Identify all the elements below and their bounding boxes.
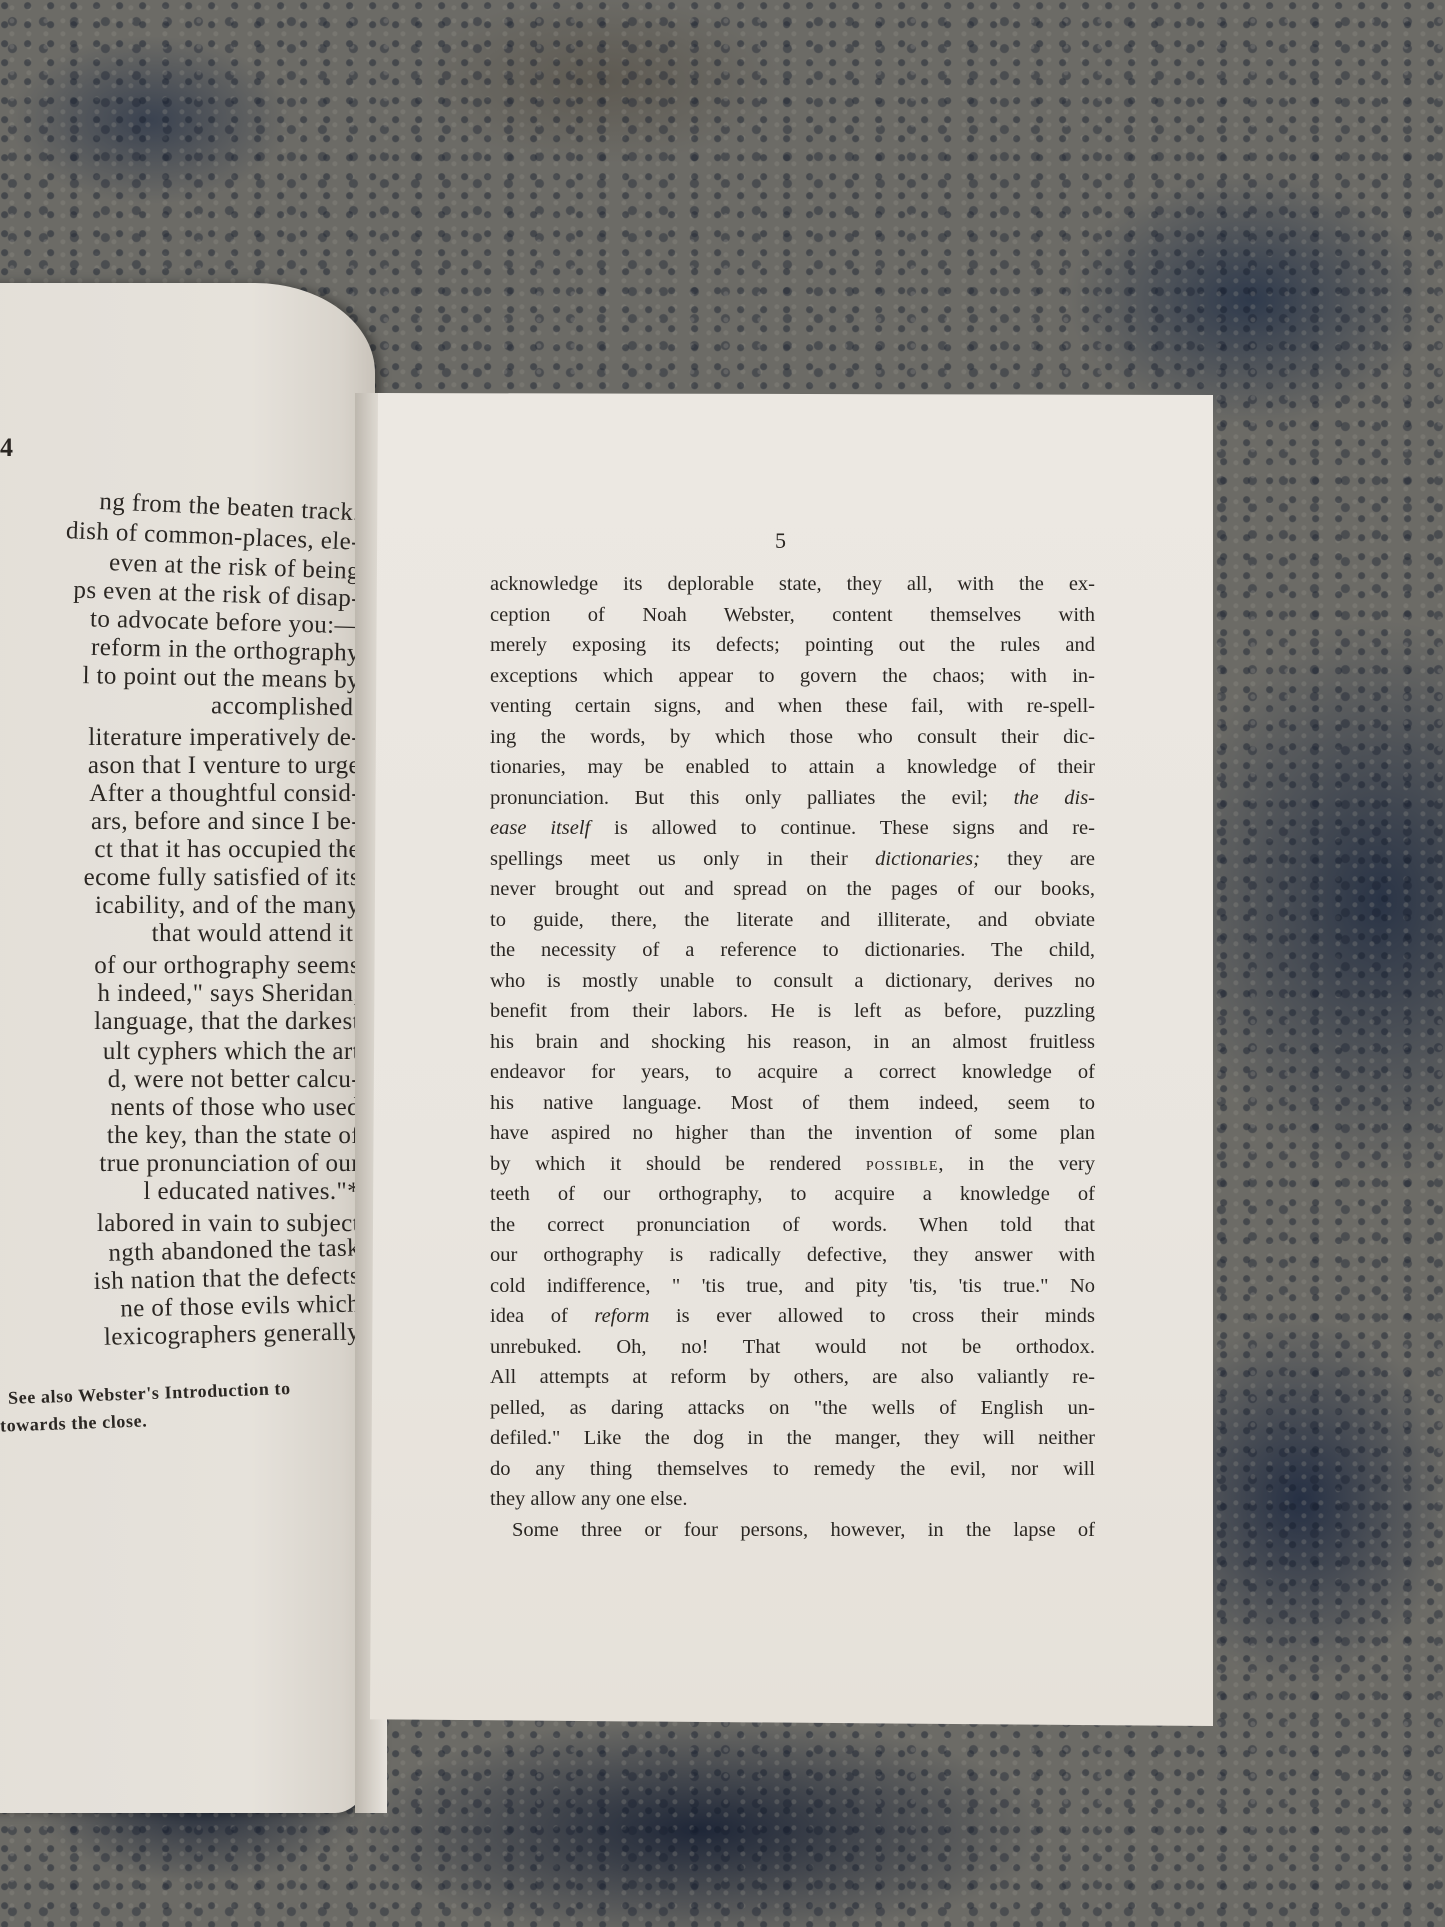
line-text: idea of xyxy=(490,1305,594,1327)
right-page-number: 5 xyxy=(775,528,786,554)
text-line: pelled, as daring attacks on "the wells … xyxy=(490,1393,1095,1424)
left-page-line: h indeed," says Sheridan, xyxy=(20,980,360,1008)
left-page-line: l educated natives."* xyxy=(20,1178,360,1206)
line-text: defiled." Like the dog in the manger, th… xyxy=(490,1427,1095,1449)
italic-text: dictionaries; xyxy=(875,848,980,870)
left-page-line: ct that it has occupied the xyxy=(20,836,360,864)
line-text: endeavor for years, to acquire a correct… xyxy=(490,1061,1095,1083)
text-line: All attempts at reform by others, are al… xyxy=(490,1362,1095,1393)
line-text: who is mostly unable to consult a dictio… xyxy=(490,970,1095,992)
smallcaps-text: possible xyxy=(866,1153,939,1175)
left-page-line: ason that I venture to urge xyxy=(20,752,360,780)
text-line: have aspired no higher than the inventio… xyxy=(490,1118,1095,1149)
line-text: ing the words, by which those who consul… xyxy=(490,726,1095,748)
text-line: exceptions which appear to govern the ch… xyxy=(490,661,1095,692)
text-line: ease itself is allowed to continue. Thes… xyxy=(490,813,1095,844)
line-text: never brought out and spread on the page… xyxy=(490,878,1095,900)
line-text: tionaries, may be enabled to attain a kn… xyxy=(490,756,1095,778)
text-line: never brought out and spread on the page… xyxy=(490,874,1095,905)
footnote-line: See also Webster's Introduction to xyxy=(8,1378,291,1409)
left-page-line: the key, than the state of xyxy=(20,1122,360,1150)
left-page-line: that would attend it. xyxy=(20,920,360,948)
text-line: Some three or four persons, however, in … xyxy=(490,1515,1095,1546)
text-line: to guide, there, the literate and illite… xyxy=(490,905,1095,936)
left-page-line: literature imperatively de- xyxy=(20,724,360,752)
line-text: pelled, as daring attacks on "the wells … xyxy=(490,1397,1095,1419)
text-line: idea of reform is ever allowed to cross … xyxy=(490,1301,1095,1332)
left-page-line: nents of those who used xyxy=(20,1094,360,1122)
left-page-number: 4 xyxy=(0,433,13,463)
left-page-line: After a thoughtful consid- xyxy=(20,780,360,808)
line-text: ception of Noah Webster, content themsel… xyxy=(490,604,1095,626)
italic-text: reform xyxy=(594,1305,649,1327)
text-line: the correct pronunciation of words. When… xyxy=(490,1210,1095,1241)
line-text: teeth of our orthography, to acquire a k… xyxy=(490,1183,1095,1205)
left-page-line: ult cyphers which the art xyxy=(20,1038,360,1066)
line-text: is allowed to continue. These signs and … xyxy=(590,817,1095,839)
text-line: our orthography is radically defective, … xyxy=(490,1240,1095,1271)
line-text: venting certain signs, and when these fa… xyxy=(490,695,1095,717)
line-text: the correct pronunciation of words. When… xyxy=(490,1214,1095,1236)
left-page-line: true pronunciation of our xyxy=(20,1150,360,1178)
line-text: his brain and shocking his reason, in an… xyxy=(490,1031,1095,1053)
text-line: they allow any one else. xyxy=(490,1484,1095,1515)
text-line: unrebuked. Oh, no! That would not be ort… xyxy=(490,1332,1095,1363)
text-line: ing the words, by which those who consul… xyxy=(490,722,1095,753)
line-text: spellings meet us only in their xyxy=(490,848,875,870)
text-line: benefit from their labors. He is left as… xyxy=(490,996,1095,1027)
left-page-line: labored in vain to subject xyxy=(20,1210,360,1238)
text-line: ception of Noah Webster, content themsel… xyxy=(490,600,1095,631)
line-text: they are xyxy=(980,848,1095,870)
line-text: acknowledge its deplorable state, they a… xyxy=(490,573,1095,595)
italic-text: ease itself xyxy=(490,817,590,839)
line-text: do any thing themselves to remedy the ev… xyxy=(490,1458,1095,1480)
left-page-line: language, that the darkest xyxy=(20,1008,360,1036)
text-line: endeavor for years, to acquire a correct… xyxy=(490,1057,1095,1088)
line-text: benefit from their labors. He is left as… xyxy=(490,1000,1095,1022)
left-page-line: ars, before and since I be- xyxy=(20,808,360,836)
text-line: tionaries, may be enabled to attain a kn… xyxy=(490,752,1095,783)
left-page-line: icability, and of the many xyxy=(20,892,360,920)
line-text: the necessity of a reference to dictiona… xyxy=(490,939,1095,961)
left-page-line: ecome fully satisfied of its xyxy=(20,864,360,892)
line-text: unrebuked. Oh, no! That would not be ort… xyxy=(490,1336,1095,1358)
text-line: teeth of our orthography, to acquire a k… xyxy=(490,1179,1095,1210)
text-line: cold indifference, " 'tis true, and pity… xyxy=(490,1271,1095,1302)
line-text: All attempts at reform by others, are al… xyxy=(490,1366,1095,1388)
text-line: his brain and shocking his reason, in an… xyxy=(490,1027,1095,1058)
text-line: by which it should be rendered possible,… xyxy=(490,1149,1095,1180)
line-text: pronunciation. But this only palliates t… xyxy=(490,787,1014,809)
line-text: , in the very xyxy=(938,1153,1095,1175)
left-page-line: of our orthography seems xyxy=(20,952,360,980)
footnote-line: towards the close. xyxy=(0,1410,148,1436)
text-line: merely exposing its defects; pointing ou… xyxy=(490,630,1095,661)
line-text: by which it should be rendered xyxy=(490,1153,866,1175)
line-text: merely exposing its defects; pointing ou… xyxy=(490,634,1095,656)
line-text: to guide, there, the literate and illite… xyxy=(490,909,1095,931)
line-text: his native language. Most of them indeed… xyxy=(490,1092,1095,1114)
italic-text: the dis- xyxy=(1014,787,1095,809)
text-line: do any thing themselves to remedy the ev… xyxy=(490,1454,1095,1485)
line-text: cold indifference, " 'tis true, and pity… xyxy=(490,1275,1095,1297)
left-page: 4 ng from the beaten track.dish of commo… xyxy=(0,283,375,1813)
text-line: the necessity of a reference to dictiona… xyxy=(490,935,1095,966)
text-line: spellings meet us only in their dictiona… xyxy=(490,844,1095,875)
left-page-line: lexicographers generally xyxy=(20,1318,361,1353)
line-text: they allow any one else. xyxy=(490,1488,688,1510)
right-page-text: acknowledge its deplorable state, they a… xyxy=(490,569,1095,1545)
line-text: exceptions which appear to govern the ch… xyxy=(490,665,1095,687)
left-page-line: d, were not better calcu- xyxy=(20,1066,360,1094)
text-line: his native language. Most of them indeed… xyxy=(490,1088,1095,1119)
line-text: have aspired no higher than the inventio… xyxy=(490,1122,1095,1144)
right-page: 5 acknowledge its deplorable state, they… xyxy=(370,393,1213,1726)
text-line: acknowledge its deplorable state, they a… xyxy=(490,569,1095,600)
text-line: who is mostly unable to consult a dictio… xyxy=(490,966,1095,997)
text-line: defiled." Like the dog in the manger, th… xyxy=(490,1423,1095,1454)
line-text: Some three or four persons, however, in … xyxy=(512,1519,1095,1541)
text-line: pronunciation. But this only palliates t… xyxy=(490,783,1095,814)
text-line: venting certain signs, and when these fa… xyxy=(490,691,1095,722)
left-page-line: accomplished. xyxy=(20,690,360,722)
line-text: is ever allowed to cross their minds xyxy=(649,1305,1095,1327)
line-text: our orthography is radically defective, … xyxy=(490,1244,1095,1266)
